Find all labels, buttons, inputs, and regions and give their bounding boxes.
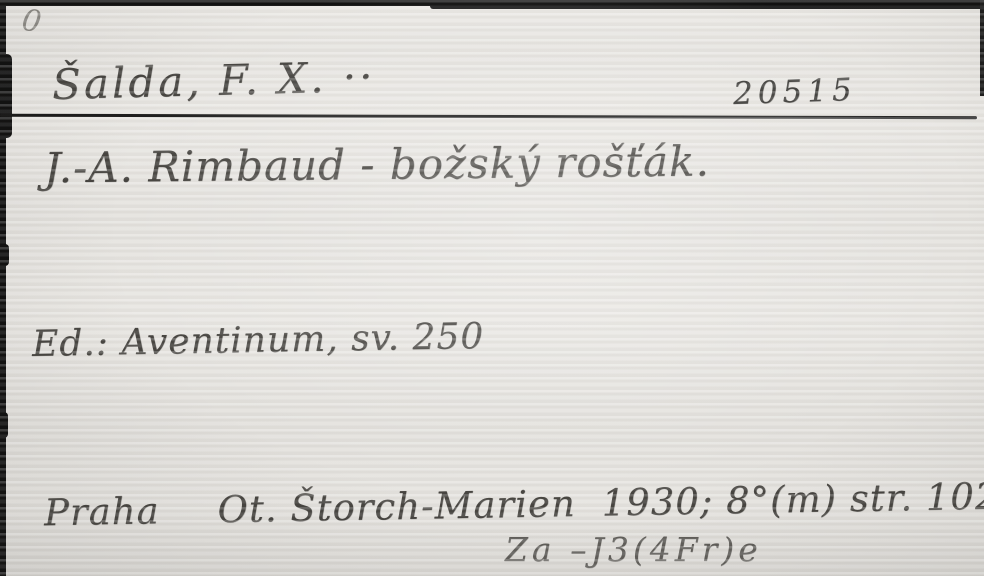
scan-edge-top-thick (430, 0, 984, 9)
heading-rule (0, 114, 977, 120)
edition-line: Ed.: Aventinum, sv. 250 (32, 316, 485, 365)
scan-edge-left-bump (0, 412, 8, 438)
imprint-collation: 1930; 8°(m) str. 102 (601, 475, 984, 525)
imprint-publisher: Ot. Štorch-Marien (217, 482, 576, 531)
imprint-place: Praha (44, 489, 160, 534)
catalog-number: 20515 (732, 72, 857, 112)
scan-edge-right (980, 0, 984, 96)
pencil-note: Za –J3(4Fr)e (505, 530, 762, 569)
scan-edge-left-blob (0, 54, 12, 138)
scan-edge-left-bump (0, 244, 9, 266)
imprint-line: PrahaOt. Štorch-Marien1930; 8°(m) str. 1… (44, 475, 984, 535)
title-line: J.-A. Rimbaud - božský rošťák. (44, 137, 710, 193)
library-catalog-card-scan: 0 Šalda, F. X. ·· 20515 J.-A. Rimbaud - … (0, 0, 984, 576)
corner-mark: 0 (19, 3, 43, 41)
author-heading: Šalda, F. X. ·· (51, 52, 376, 109)
